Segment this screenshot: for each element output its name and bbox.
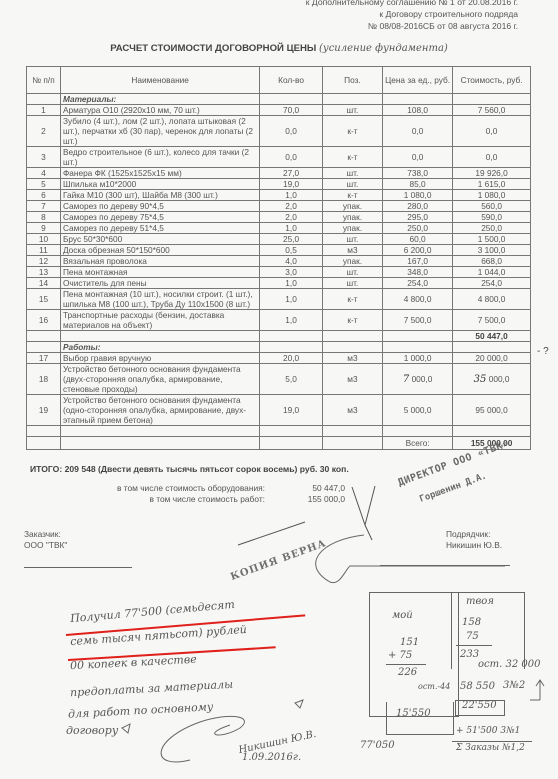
- row-number: 2: [27, 116, 61, 147]
- item-unit-price: 738,0: [383, 168, 453, 179]
- item-unit: к-т: [322, 289, 382, 310]
- cell-empty: [260, 342, 322, 353]
- row-number: 10: [27, 234, 61, 245]
- item-unit-price: 250,0: [383, 223, 453, 234]
- calc-box-left: [369, 592, 459, 717]
- item-unit: к-т: [322, 310, 382, 331]
- col-header: № п/п: [27, 67, 61, 94]
- item-name: Выбор гравия вручную: [60, 353, 259, 364]
- row-number: 4: [27, 168, 61, 179]
- item-unit: упак.: [322, 223, 382, 234]
- calc-15550: 15'550: [396, 708, 431, 719]
- calc-77050: 77'050: [360, 740, 395, 751]
- item-unit: м3: [322, 245, 382, 256]
- item-name: Саморез по дереву 90*4,5: [60, 201, 259, 212]
- row-number: 8: [27, 212, 61, 223]
- item-unit-price: 60,0: [383, 234, 453, 245]
- cell-empty: [322, 426, 382, 437]
- row-number: 3: [27, 147, 61, 168]
- cell-empty: [383, 342, 453, 353]
- cost-breakdown: в том числе стоимость оборудования:50 44…: [100, 483, 345, 505]
- item-unit: упак.: [322, 201, 382, 212]
- table-row: 2Зубило (4 шт.), лом (2 шт.), лопата шты…: [27, 116, 531, 147]
- item-unit-price: 295,0: [383, 212, 453, 223]
- item-name: Гайка М10 (300 шт), Шайба М8 (300 шт.): [60, 190, 259, 201]
- cell-empty: [260, 94, 322, 105]
- document-title: РАСЧЕТ СТОИМОСТИ ДОГОВОРНОЙ ЦЕНЫ (усилен…: [0, 43, 558, 54]
- item-name: Очиститель для пены: [60, 278, 259, 289]
- row-number: 14: [27, 278, 61, 289]
- table-row: 9Саморез по дереву 51*4,51,0упак.250,025…: [27, 223, 531, 234]
- item-name: Зубило (4 шт.), лом (2 шт.), лопата штык…: [60, 116, 259, 147]
- col-header: Поз.: [322, 67, 382, 94]
- cell-empty: [260, 426, 322, 437]
- materials-subtotal-row: 50 447,0: [27, 331, 531, 342]
- item-quantity: 0,0: [260, 147, 322, 168]
- item-cost: 0,0: [453, 147, 531, 168]
- table-row: 13Пена монтажная3,0шт.348,01 044,0: [27, 267, 531, 278]
- row-number: 9: [27, 223, 61, 234]
- item-name: Брус 50*30*600: [60, 234, 259, 245]
- cost-text: 000,0: [489, 374, 510, 384]
- total-summary: ИТОГО: 209 548 (Двести девять тысячь пят…: [30, 464, 349, 474]
- item-unit-price: 7 500,0: [383, 310, 453, 331]
- cell-empty: [453, 94, 531, 105]
- item-unit: шт.: [322, 234, 382, 245]
- item-cost: 20 000,0: [453, 353, 531, 364]
- item-unit-price: 0,0: [383, 147, 453, 168]
- row-number: 13: [27, 267, 61, 278]
- equipment-label: в том числе стоимость оборудования:: [100, 483, 265, 494]
- cell-empty: [27, 94, 61, 105]
- item-unit-price: 167,0: [383, 256, 453, 267]
- item-name: Саморез по дереву 51*4,5: [60, 223, 259, 234]
- item-unit: упак.: [322, 212, 382, 223]
- row-number: 15: [27, 289, 61, 310]
- cell-empty: [383, 426, 453, 437]
- item-quantity: 1,0: [260, 289, 322, 310]
- cell-empty: [260, 331, 322, 342]
- table-row: 3Ведро строительное (6 шт.), колесо для …: [27, 147, 531, 168]
- contractor-block: Подрядчик: Никишин Ю.В.: [446, 529, 502, 551]
- col-header: Цена за ед., руб.: [383, 67, 453, 94]
- handwritten-line: договору: [66, 724, 118, 737]
- calc-right-rule: [456, 645, 492, 646]
- item-quantity: 2,0: [260, 212, 322, 223]
- item-cost: 1 080,0: [453, 190, 531, 201]
- item-unit: упак.: [322, 256, 382, 267]
- item-unit-price: 5 000,0: [383, 395, 453, 426]
- item-unit: м3: [322, 395, 382, 426]
- item-name: Ведро строительное (6 шт.), колесо для т…: [60, 147, 259, 168]
- item-cost: 254,0: [453, 278, 531, 289]
- item-unit: м3: [322, 364, 382, 395]
- item-quantity: 2,0: [260, 201, 322, 212]
- calc-58550: 58 550: [460, 681, 495, 692]
- calc-plus-51500: + 51'500 3№1: [456, 726, 520, 736]
- materials-subtotal: 50 447,0: [453, 331, 531, 342]
- calc-right-sum: 233: [460, 649, 479, 660]
- calc-left-b: + 75: [388, 650, 412, 661]
- row-number: 12: [27, 256, 61, 267]
- item-unit: к-т: [322, 147, 382, 168]
- cell-empty: [60, 426, 259, 437]
- title-handwritten-note: (усиление фундамента): [319, 43, 448, 54]
- section-label: Материалы:: [60, 94, 259, 105]
- item-quantity: 1,0: [260, 278, 322, 289]
- item-unit-price: 108,0: [383, 105, 453, 116]
- item-name: Пена монтажная: [60, 267, 259, 278]
- cell-empty: [453, 426, 531, 437]
- item-cost: 0,0: [453, 116, 531, 147]
- copy-certified-stamp: КОПИЯ ВЕРНА: [229, 538, 328, 583]
- handwritten-correction: 7: [403, 374, 409, 385]
- item-name: Транспортные расходы (бензин, доставка м…: [60, 310, 259, 331]
- ref-line: № 08/08-2016СБ от 08 августа 2016 г.: [306, 20, 518, 32]
- row-number: 11: [27, 245, 61, 256]
- col-header: Кол-во: [260, 67, 322, 94]
- item-unit-price: 348,0: [383, 267, 453, 278]
- item-quantity: 1,0: [260, 310, 322, 331]
- cell-empty: [27, 331, 61, 342]
- title-text: РАСЧЕТ СТОИМОСТИ ДОГОВОРНОЙ ЦЕНЫ: [110, 43, 316, 54]
- contract-reference: к Дополнительному соглашению № 1 от 20.0…: [306, 0, 518, 32]
- table-row: 1Арматура О10 (2920х10 мм, 70 шт.)70,0шт…: [27, 105, 531, 116]
- row-number: 16: [27, 310, 61, 331]
- item-unit-price: 85,0: [383, 179, 453, 190]
- calc-left-a: 151: [400, 637, 419, 648]
- section-label: Работы:: [60, 342, 259, 353]
- item-quantity: 4,0: [260, 256, 322, 267]
- item-name: Вязальная проволока: [60, 256, 259, 267]
- item-cost: 1 615,0: [453, 179, 531, 190]
- table-row: 12Вязальная проволока4,0упак.167,0668,0: [27, 256, 531, 267]
- table-row: 15Пена монтажная (10 шт.), носилки строи…: [27, 289, 531, 310]
- table-row: 5Шпилька м10*200019,0шт.85,01 615,0: [27, 179, 531, 190]
- item-cost: 95 000,0: [453, 395, 531, 426]
- row-number: 6: [27, 190, 61, 201]
- item-name: Устройство бетонного основания фундамент…: [60, 364, 259, 395]
- item-cost: 7 560,0: [453, 105, 531, 116]
- customer-name: ООО "ТВК": [24, 540, 67, 551]
- table-row: 11Доска обрезная 50*150*6000,5м36 200,03…: [27, 245, 531, 256]
- cell-empty: [60, 331, 259, 342]
- item-quantity: 20,0: [260, 353, 322, 364]
- cell-empty: [322, 331, 382, 342]
- works-label: в том числе стоимость работ:: [100, 494, 265, 505]
- total-label: Всего:: [383, 437, 453, 450]
- row-number: 1: [27, 105, 61, 116]
- item-cost: 250,0: [453, 223, 531, 234]
- table-row: 6Гайка М10 (300 шт), Шайба М8 (300 шт.)1…: [27, 190, 531, 201]
- item-name: Фанера ФК (1525х1525х15 мм): [60, 168, 259, 179]
- row-number: 18: [27, 364, 61, 395]
- item-cost: 1 500,0: [453, 234, 531, 245]
- table-row: 19Устройство бетонного основания фундаме…: [27, 395, 531, 426]
- margin-question-mark: - ?: [537, 346, 549, 357]
- item-cost: 668,0: [453, 256, 531, 267]
- item-cost: 590,0: [453, 212, 531, 223]
- table-header-row: № п/п Наименование Кол-во Поз. Цена за е…: [27, 67, 531, 94]
- cell-empty: [383, 94, 453, 105]
- total-row: Всего:155 000,00: [27, 437, 531, 450]
- col-header: Стоимость, руб.: [453, 67, 531, 94]
- handwritten-correction: 35: [474, 374, 487, 385]
- calc-sum-label: Σ Заказы №1,2: [456, 743, 525, 753]
- item-unit-price: 4 800,0: [383, 289, 453, 310]
- item-name: Шпилька м10*2000: [60, 179, 259, 190]
- cell-empty: [322, 94, 382, 105]
- item-unit-price: 1 080,0: [383, 190, 453, 201]
- calc-right-a: 158: [462, 617, 481, 628]
- item-unit: шт.: [322, 267, 382, 278]
- handwritten-line: для работ по основному: [68, 700, 214, 721]
- cell-empty: [27, 342, 61, 353]
- item-unit-price: 7 000,0: [383, 364, 453, 395]
- cell-empty: [322, 437, 382, 450]
- item-quantity: 1,0: [260, 190, 322, 201]
- section-row: Материалы:: [27, 94, 531, 105]
- handwritten-date: 1.09.2016г.: [242, 752, 301, 763]
- item-unit: к-т: [322, 116, 382, 147]
- calc-left-title: мой: [392, 610, 413, 621]
- item-quantity: 5,0: [260, 364, 322, 395]
- item-unit: м3: [322, 353, 382, 364]
- calc-zakaz-2: 3№2: [503, 680, 525, 691]
- calc-sum-rule: [452, 741, 532, 742]
- row-number: 7: [27, 201, 61, 212]
- item-unit: к-т: [322, 190, 382, 201]
- item-name: Саморез по дереву 75*4,5: [60, 212, 259, 223]
- customer-label: Заказчик:: [24, 529, 67, 540]
- table-row: 8Саморез по дереву 75*4,52,0упак.295,059…: [27, 212, 531, 223]
- cell-empty: [453, 342, 531, 353]
- item-cost: 7 500,0: [453, 310, 531, 331]
- estimate-table: № п/п Наименование Кол-во Поз. Цена за е…: [26, 66, 531, 450]
- calc-ost-32000: ост. 32 000: [478, 659, 540, 670]
- item-unit-price: 6 200,0: [383, 245, 453, 256]
- ref-line: к Договору строительного подряда: [306, 8, 518, 20]
- item-unit: шт.: [322, 278, 382, 289]
- item-quantity: 70,0: [260, 105, 322, 116]
- item-quantity: 27,0: [260, 168, 322, 179]
- item-cost: 19 926,0: [453, 168, 531, 179]
- table-row: 16Транспортные расходы (бензин, доставка…: [27, 310, 531, 331]
- contractor-signature-line: [380, 565, 510, 566]
- item-name: Устройство бетонного основания фундамент…: [60, 395, 259, 426]
- table-row: 10Брус 50*30*60025,0шт.60,01 500,0: [27, 234, 531, 245]
- cell-empty: [383, 331, 453, 342]
- item-unit: шт.: [322, 179, 382, 190]
- item-cost: 3 100,0: [453, 245, 531, 256]
- item-quantity: 1,0: [260, 223, 322, 234]
- cell-empty: [322, 342, 382, 353]
- customer-block: Заказчик: ООО "ТВК": [24, 529, 67, 551]
- calc-right-title: твоя: [466, 596, 494, 607]
- calc-right-b: 75: [466, 631, 479, 642]
- item-quantity: 25,0: [260, 234, 322, 245]
- calc-ost-44: ост.-44: [418, 682, 450, 691]
- table-row: 7Саморез по дереву 90*4,52,0упак.280,056…: [27, 201, 531, 212]
- item-cost: 1 044,0: [453, 267, 531, 278]
- cell-empty: [260, 437, 322, 450]
- cell-empty: [60, 437, 259, 450]
- table-row: 17Выбор гравия вручную20,0м31 000,020 00…: [27, 353, 531, 364]
- row-number: 19: [27, 395, 61, 426]
- calc-left-sum: 226: [398, 667, 417, 678]
- ref-line: к Дополнительному соглашению № 1 от 20.0…: [306, 0, 518, 8]
- item-cost: 560,0: [453, 201, 531, 212]
- price-text: 000,0: [412, 374, 433, 384]
- item-unit: шт.: [322, 168, 382, 179]
- customer-signature-line: [24, 567, 132, 568]
- item-unit-price: 254,0: [383, 278, 453, 289]
- item-quantity: 19,0: [260, 395, 322, 426]
- item-cost: 4 800,0: [453, 289, 531, 310]
- col-header: Наименование: [60, 67, 259, 94]
- calc-left-rule: [386, 664, 426, 665]
- item-quantity: 0,0: [260, 116, 322, 147]
- item-quantity: 3,0: [260, 267, 322, 278]
- item-quantity: 0,5: [260, 245, 322, 256]
- cell-empty: [27, 426, 61, 437]
- works-value: 155 000,0: [265, 494, 345, 505]
- item-cost: 35 000,0: [453, 364, 531, 395]
- cell-empty: [27, 437, 61, 450]
- contractor-label: Подрядчик:: [446, 529, 502, 540]
- calc-22550: 22'550: [462, 700, 497, 711]
- table-row: 14Очиститель для пены1,0шт.254,0254,0: [27, 278, 531, 289]
- equipment-value: 50 447,0: [265, 483, 345, 494]
- item-unit-price: 280,0: [383, 201, 453, 212]
- table-body: Материалы:1Арматура О10 (2920х10 мм, 70 …: [27, 94, 531, 450]
- handwritten-line: предоплаты за материалы: [70, 678, 234, 700]
- blank-row: [27, 426, 531, 437]
- item-name: Доска обрезная 50*150*600: [60, 245, 259, 256]
- item-unit-price: 0,0: [383, 116, 453, 147]
- item-name: Арматура О10 (2920х10 мм, 70 шт.): [60, 105, 259, 116]
- section-row: Работы:: [27, 342, 531, 353]
- item-unit: шт.: [322, 105, 382, 116]
- item-quantity: 19,0: [260, 179, 322, 190]
- row-number: 5: [27, 179, 61, 190]
- row-number: 17: [27, 353, 61, 364]
- contractor-name: Никишин Ю.В.: [446, 540, 502, 551]
- table-row: 4Фанера ФК (1525х1525х15 мм)27,0шт.738,0…: [27, 168, 531, 179]
- item-unit-price: 1 000,0: [383, 353, 453, 364]
- document-page: к Дополнительному соглашению № 1 от 20.0…: [0, 0, 558, 779]
- table-row: 18Устройство бетонного основания фундаме…: [27, 364, 531, 395]
- item-name: Пена монтажная (10 шт.), носилки строит.…: [60, 289, 259, 310]
